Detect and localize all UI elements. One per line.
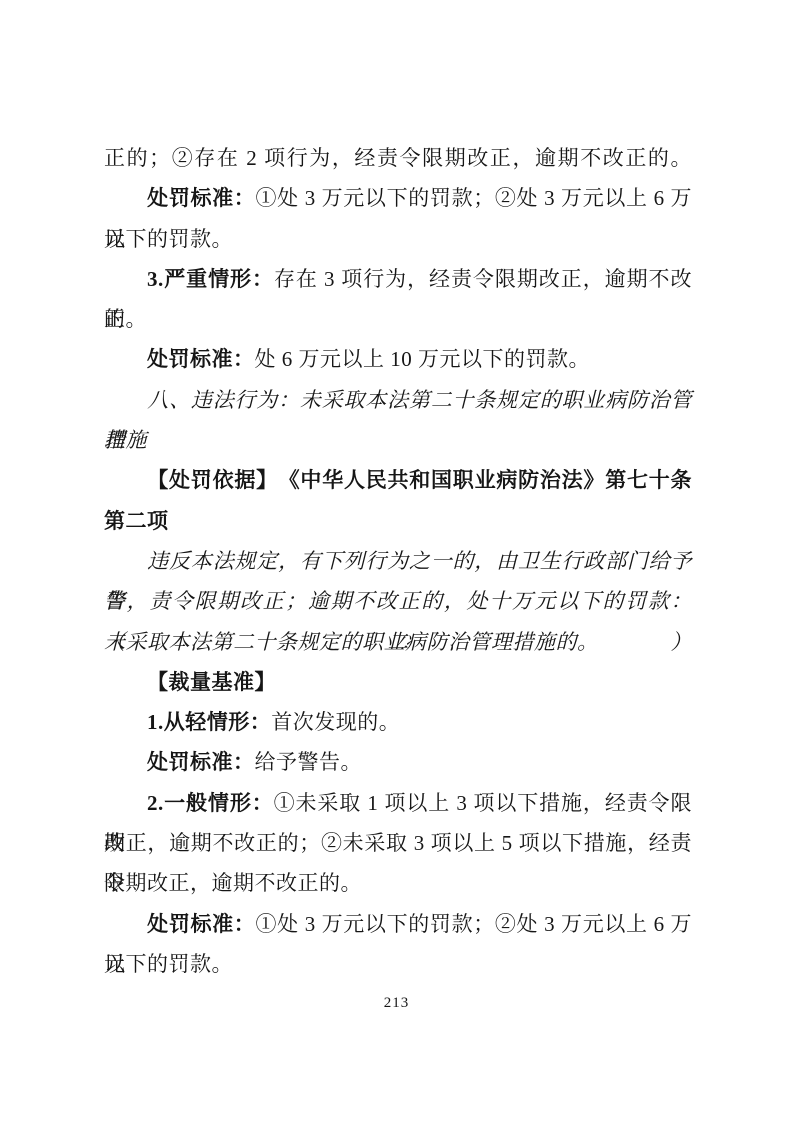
- text-line: 1.从轻情形：首次发现的。: [104, 702, 692, 742]
- text-segment: 措施: [104, 428, 147, 452]
- text-line: 措施: [104, 420, 692, 460]
- label-penalty-standard: 处罚标准：: [147, 912, 255, 936]
- text-line: 处罚标准：处 6 万元以上 10 万元以下的罚款。: [104, 339, 692, 379]
- text-line: 正的；②存在 2 项行为，经责令限期改正，逾期不改正的。: [104, 138, 692, 178]
- text-line: 改正，逾期不改正的；②未采取 3 项以上 5 项以下措施，经责令: [104, 823, 692, 863]
- text-segment: 限期改正，逾期不改正的。: [104, 871, 362, 895]
- text-line: 告，责令限期改正；逾期不改正的，处十万元以下的罚款：（二）: [104, 581, 692, 621]
- label-lenient-case: 1.从轻情形：: [147, 710, 271, 734]
- text-line: 以下的罚款。: [104, 944, 692, 984]
- text-line: 的。: [104, 299, 692, 339]
- text-line: 以下的罚款。: [104, 219, 692, 259]
- text-line-penalty-basis-heading: 【处罚依据】 《中华人民共和国职业病防治法》第七十条: [104, 460, 692, 500]
- text-segment: 以下的罚款。: [104, 952, 233, 976]
- text-line: 违反本法规定，有下列行为之一的，由卫生行政部门给予警: [104, 541, 692, 581]
- label-penalty-standard: 处罚标准：: [147, 347, 255, 371]
- text-line-discretion-benchmark-heading: 【裁量基准】: [104, 662, 692, 702]
- page-number: 213: [0, 995, 793, 1012]
- text-segment: 第二项: [104, 509, 169, 533]
- text-line: 处罚标准：给予警告。: [104, 742, 692, 782]
- label-severe-case: 3.严重情形：: [147, 267, 274, 291]
- label-penalty-standard: 处罚标准：: [147, 186, 255, 210]
- document-text-block: 正的；②存在 2 项行为，经责令限期改正，逾期不改正的。 处罚标准：①处 3 万…: [104, 138, 692, 984]
- text-line: 处罚标准：①处 3 万元以下的罚款；②处 3 万元以上 6 万元: [104, 178, 692, 218]
- text-segment: 以下的罚款。: [104, 227, 233, 251]
- label-penalty-standard: 处罚标准：: [147, 750, 255, 774]
- text-line: 第二项: [104, 501, 692, 541]
- text-segment: 给予警告。: [255, 750, 363, 774]
- text-segment: 【处罚依据】 《中华人民共和国职业病防治法》第七十条: [147, 468, 692, 492]
- text-line-illegal-act-heading: 八、违法行为：未采取本法第二十条规定的职业病防治管理: [104, 380, 692, 420]
- text-segment: 处 6 万元以上 10 万元以下的罚款。: [255, 347, 591, 371]
- label-general-case: 2.一般情形：: [147, 791, 274, 815]
- document-page: 正的；②存在 2 项行为，经责令限期改正，逾期不改正的。 处罚标准：①处 3 万…: [0, 0, 793, 1122]
- text-segment: 首次发现的。: [271, 710, 400, 734]
- text-line: 限期改正，逾期不改正的。: [104, 863, 692, 903]
- text-segment: 未采取本法第二十条规定的职业病防治管理措施的。: [104, 630, 599, 654]
- text-segment: 【裁量基准】: [147, 670, 276, 694]
- text-line: 3.严重情形：存在 3 项行为，经责令限期改正，逾期不改正: [104, 259, 692, 299]
- text-line: 处罚标准：①处 3 万元以下的罚款；②处 3 万元以上 6 万元: [104, 904, 692, 944]
- text-segment: 的。: [104, 307, 147, 331]
- text-segment: 正的；②存在 2 项行为，经责令限期改正，逾期不改正的。: [104, 146, 692, 170]
- text-line: 2.一般情形：①未采取 1 项以上 3 项以下措施，经责令限期: [104, 783, 692, 823]
